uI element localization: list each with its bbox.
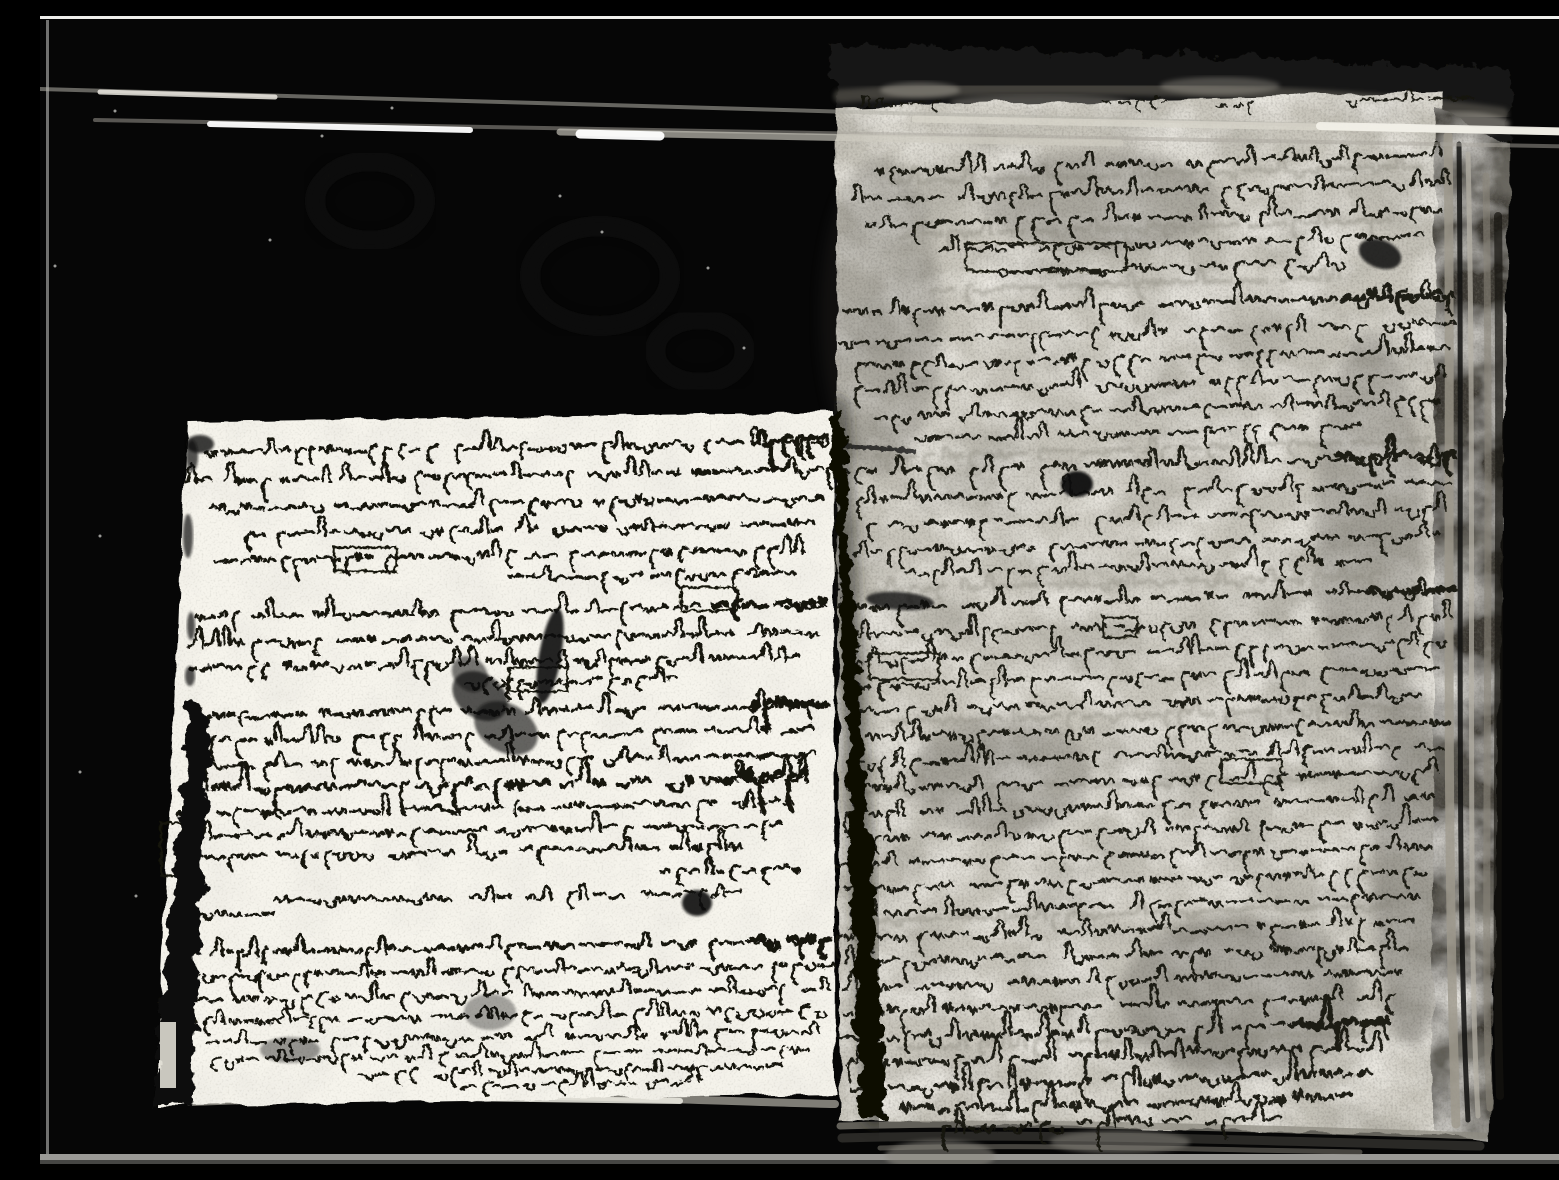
frame-bottom-dark-band [40,1160,1559,1164]
ink-blot [1061,471,1093,497]
edge-speck [185,666,195,686]
book-top-edge-spot [880,82,960,98]
edge-speck [183,514,193,558]
ink-blot [682,890,712,916]
stacked-page-edge-blob [1050,1130,1190,1154]
left-manuscript-page [152,412,835,1106]
dust-speck [743,347,746,350]
right-page-fore-edge [1432,108,1510,1140]
dust-speck [114,110,117,113]
book-top-edge-spot [1160,77,1280,95]
dust-speck [269,239,272,242]
dust-speck [99,535,102,538]
dust-speck [707,267,710,270]
film-scratch [580,134,660,136]
torn-margin-white-sliver [160,1022,176,1088]
frame-top-line [40,16,1559,19]
ink-blot [260,1037,320,1063]
edge-speck [187,612,195,640]
dust-speck [321,135,324,138]
manuscript-scan [40,16,1559,1164]
right-manuscript-page [788,44,1512,1164]
dust-speck [601,231,604,234]
fore-edge-streak [1486,176,1490,1108]
fore-edge-streak [1498,216,1500,1096]
dust-speck [54,265,57,268]
ink-blot [464,994,516,1030]
dust-speck [79,771,82,774]
microfilm-photo: Black-and-white microfilm photograph of … [40,16,1559,1164]
paper-stain [910,716,1090,836]
edge-speck [186,440,198,472]
dust-speck [391,107,394,110]
frame-bottom-light-band [40,1154,1559,1160]
dust-speck [135,895,138,898]
frame-left-line [46,20,49,1156]
dust-speck [559,195,562,198]
